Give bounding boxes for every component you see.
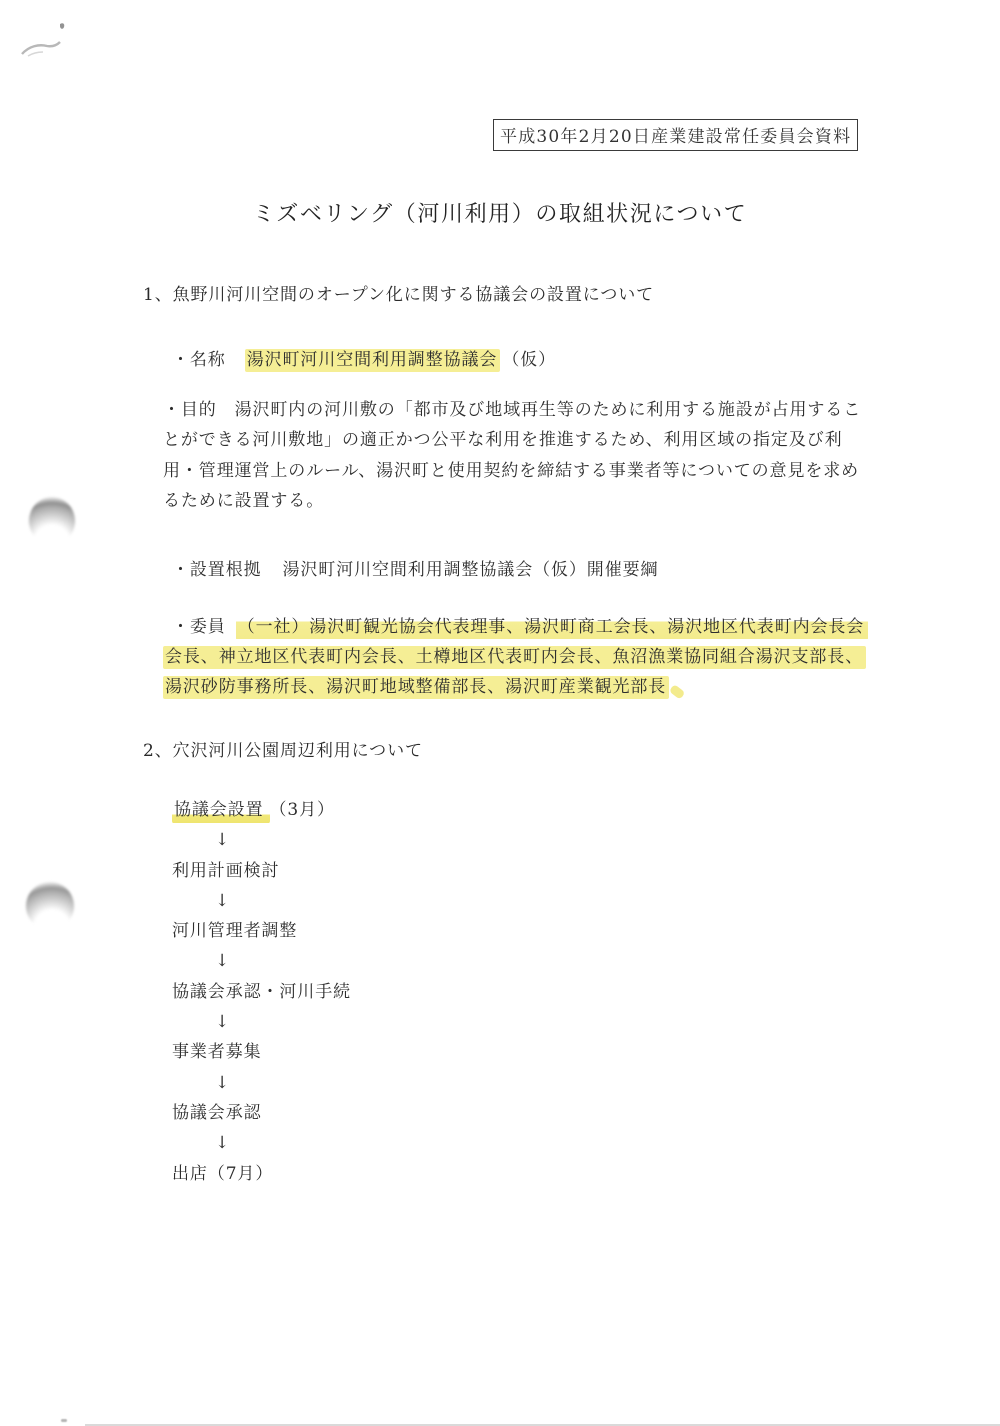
flow-arrow-icon: ↓ <box>172 1007 351 1037</box>
members-line2-highlight: 会長、神立地区代表町内会長、土樽地区代表町内会長、魚沼漁業協同組合湯沢支部長、 <box>163 646 866 669</box>
flow-step: 河川管理者調整 <box>172 916 351 946</box>
flow-arrow-icon: ↓ <box>172 825 351 855</box>
punch-hole-shadow-bottom <box>26 882 74 930</box>
flow-arrow-icon: ↓ <box>172 1068 351 1098</box>
basis-line: ・設置根拠湯沢町河川空間利用調整協議会（仮）開催要綱 <box>172 555 658 580</box>
punch-hole-shadow-top <box>29 497 75 545</box>
basis-label: ・設置根拠 <box>172 560 262 580</box>
scanned-document-page: 平成30年2月20日産業建設常任委員会資料 ミズベリング（河川利用）の取組状況に… <box>0 0 1000 1426</box>
scan-speck <box>61 1419 67 1422</box>
marker-tail <box>669 684 686 700</box>
flow-step-suffix: （3月） <box>270 800 335 820</box>
section2-heading: 2、穴沢河川公園周辺利用について <box>143 736 423 761</box>
members-block: ・委員（一社）湯沢町観光協会代表理事、湯沢町商工会長、湯沢地区代表町内会長会 会… <box>163 612 868 703</box>
members-line3-highlight: 湯沢砂防事務所長、湯沢町地域整備部長、湯沢町産業観光部長 <box>163 676 669 699</box>
scan-edge-line <box>85 1424 1000 1426</box>
flow-step: 出店（7月） <box>172 1159 351 1189</box>
purpose-line: とができる河川敷地」の適正かつ公平な利用を推進するため、利用区域の指定及び利 <box>163 425 861 455</box>
members-line1-highlight: （一社）湯沢町観光協会代表理事、湯沢町商工会長、湯沢地区代表町内会長会 <box>236 616 869 640</box>
flow-step: 協議会承認・河川手続 <box>172 977 351 1007</box>
pen-scribble <box>8 8 118 78</box>
name-line: ・名称湯沢町河川空間利用調整協議会（仮） <box>172 345 556 370</box>
name-value-highlight: 湯沢町河川空間利用調整協議会 <box>245 349 501 372</box>
process-flow: 協議会設置（3月） ↓ 利用計画検討 ↓ 河川管理者調整 ↓ 協議会承認・河川手… <box>172 795 351 1189</box>
flow-arrow-icon: ↓ <box>172 886 351 916</box>
flow-step: 利用計画検討 <box>172 856 351 886</box>
basis-value: 湯沢町河川空間利用調整協議会（仮）開催要綱 <box>283 560 659 580</box>
members-line: 会長、神立地区代表町内会長、土樽地区代表町内会長、魚沼漁業協同組合湯沢支部長、 <box>163 642 868 672</box>
flow-step: 事業者募集 <box>172 1037 351 1067</box>
flow-arrow-icon: ↓ <box>172 946 351 976</box>
purpose-line: るために設置する。 <box>163 486 861 516</box>
members-line: ・委員（一社）湯沢町観光協会代表理事、湯沢町商工会長、湯沢地区代表町内会長会 <box>172 612 868 642</box>
purpose-line: ・目的 湯沢町内の河川敷の「都市及び地域再生等のために利用する施設が占用するこ <box>163 395 861 425</box>
name-suffix: （仮） <box>502 350 556 370</box>
flow-step: 協議会承認 <box>172 1098 351 1128</box>
members-label: ・委員 <box>172 617 226 637</box>
section1-heading: 1、魚野川河川空間のオープン化に関する協議会の設置について <box>143 280 654 305</box>
members-line: 湯沢砂防事務所長、湯沢町地域整備部長、湯沢町産業観光部長 <box>163 672 868 702</box>
flow-arrow-icon: ↓ <box>172 1128 351 1158</box>
page-title: ミズベリング（河川利用）の取組状況について <box>0 197 1000 228</box>
flow-step: 協議会設置（3月） <box>172 795 351 825</box>
flow-step-highlight: 協議会設置 <box>172 800 270 824</box>
purpose-line: 用・管理運営上のルール、湯沢町と使用契約を締結する事業者等についての意見を求め <box>163 456 861 486</box>
header-box: 平成30年2月20日産業建設常任委員会資料 <box>493 119 858 151</box>
name-label: ・名称 <box>172 350 226 370</box>
purpose-paragraph: ・目的 湯沢町内の河川敷の「都市及び地域再生等のために利用する施設が占用するこ … <box>163 395 861 517</box>
